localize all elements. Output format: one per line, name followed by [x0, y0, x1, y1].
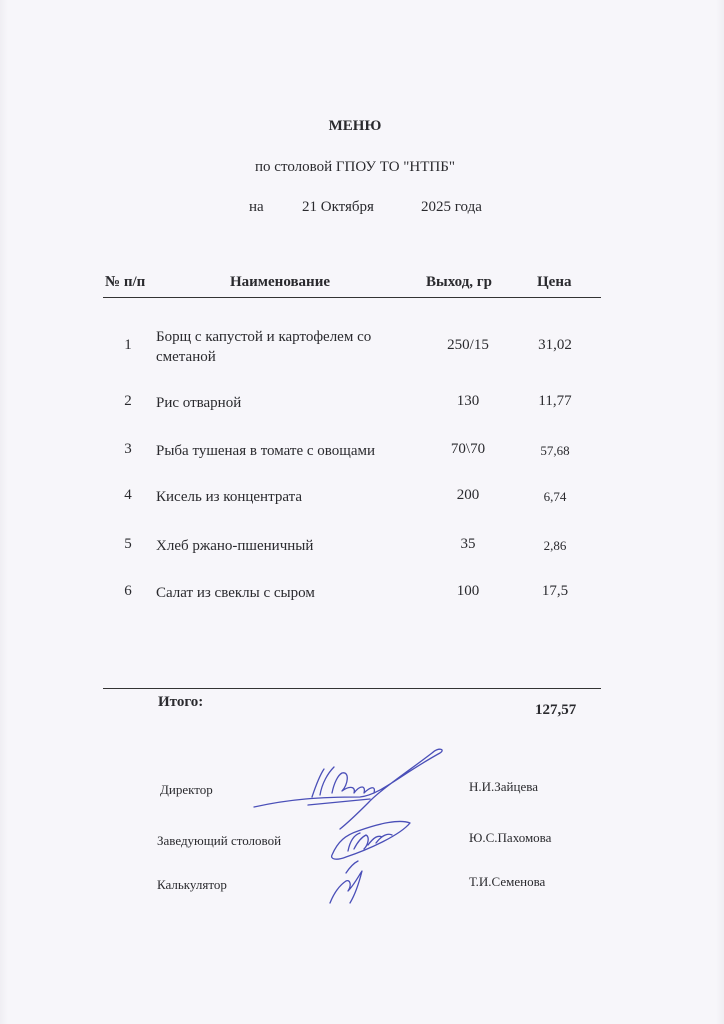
date-year: 2025 года — [421, 199, 482, 216]
signature-name-calculator: Т.И.Семенова — [469, 874, 545, 890]
row-output: 100 — [418, 583, 518, 600]
row-number: 6 — [120, 583, 136, 600]
signature-role-calculator: Калькулятор — [157, 877, 227, 893]
header-output: Выход, гр — [426, 274, 492, 291]
row-price: 57,68 — [515, 443, 595, 459]
row-name: Рыба тушеная в томате с овощами — [156, 441, 416, 461]
row-number: 5 — [120, 536, 136, 553]
signature-name-canteen-head: Ю.С.Пахомова — [469, 830, 551, 846]
row-output: 35 — [418, 536, 518, 553]
row-price: 2,86 — [515, 538, 595, 554]
row-price: 6,74 — [515, 489, 595, 505]
date-day-month: 21 Октября — [302, 199, 374, 216]
row-output: 200 — [418, 487, 518, 504]
row-output: 250/15 — [418, 337, 518, 354]
row-price: 31,02 — [515, 337, 595, 354]
row-price: 17,5 — [515, 583, 595, 600]
row-number: 2 — [120, 393, 136, 410]
signature-name-director: Н.И.Зайцева — [469, 779, 538, 795]
document-title: МЕНЮ — [0, 118, 710, 135]
row-name: Рис отварной — [156, 393, 416, 413]
row-name: Борщ с капустой и картофелем со сметаной — [156, 327, 416, 367]
signature-role-director: Директор — [160, 782, 213, 798]
row-price: 11,77 — [515, 393, 595, 410]
header-name: Наименование — [230, 274, 330, 291]
total-label: Итого: — [158, 694, 203, 711]
header-divider — [103, 297, 601, 298]
row-output: 130 — [418, 393, 518, 410]
row-name: Хлеб ржано-пшеничный — [156, 536, 416, 556]
row-name: Кисель из концентрата — [156, 487, 416, 507]
row-number: 1 — [120, 337, 136, 354]
date-prefix: на — [249, 199, 264, 216]
row-number: 3 — [120, 441, 136, 458]
row-name: Салат из свеклы с сыром — [156, 583, 416, 603]
total-value: 127,57 — [535, 702, 576, 719]
row-number: 4 — [120, 487, 136, 504]
document-subtitle: по столовой ГПОУ ТО "НТПБ" — [0, 159, 710, 176]
total-divider — [103, 688, 601, 689]
header-price: Цена — [537, 274, 571, 291]
row-output: 70\70 — [418, 441, 518, 458]
handwritten-signatures — [250, 745, 450, 905]
header-number: № п/п — [105, 274, 145, 291]
